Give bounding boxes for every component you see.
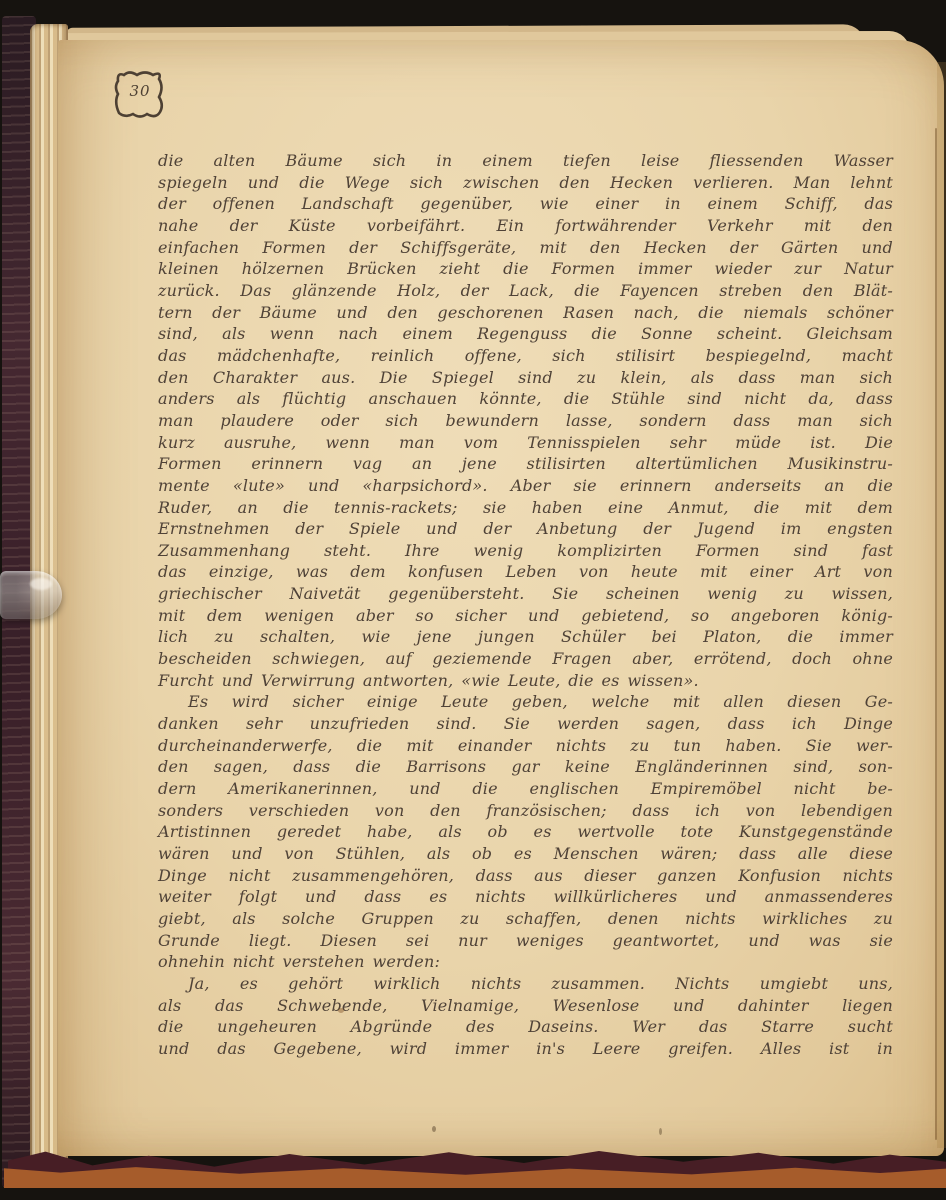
manuscript-line: tern der Bäume und den geschorenen Rasen…	[158, 302, 893, 324]
manuscript-line: ohnehin nicht verstehen werden:	[158, 951, 893, 973]
manuscript-line: man plaudere oder sich bewundern lasse, …	[158, 410, 893, 432]
scanned-manuscript-page: 30 die alten Bäume sich in einem tiefen …	[0, 0, 946, 1200]
manuscript-line: anders als flüchtig anschauen könnte, di…	[158, 388, 893, 410]
manuscript-line: den sagen, dass die Barrisons gar keine …	[158, 756, 893, 778]
page-number: 30	[112, 84, 168, 99]
manuscript-line: das mädchenhafte, reinlich offene, sich …	[158, 345, 893, 367]
manuscript-line: einfachen Formen der Schiffsgeräte, mit …	[158, 237, 893, 259]
right-page-edge	[937, 62, 946, 1148]
manuscript-line: Dinge nicht zusammengehören, dass aus di…	[158, 865, 893, 887]
right-page-crease	[935, 128, 937, 1140]
manuscript-line: weiter folgt und dass es nichts willkürl…	[158, 886, 893, 908]
paper-stain	[338, 1008, 344, 1013]
manuscript-line: nahe der Küste vorbeifährt. Ein fortwähr…	[158, 215, 893, 237]
manuscript-line: durcheinanderwerfe, die mit einander nic…	[158, 735, 893, 757]
manuscript-line: Formen erinnern vag an jene stilisirten …	[158, 453, 893, 475]
manuscript-line: den Charakter aus. Die Spiegel sind zu k…	[158, 367, 893, 389]
manuscript-line: kurz ausruhe, wenn man vom Tennisspielen…	[158, 432, 893, 454]
manuscript-line: Zusammenhang steht. Ihre wenig komplizir…	[158, 540, 893, 562]
manuscript-line: Furcht und Verwirrung antworten, «wie Le…	[158, 670, 893, 692]
manuscript-line: Ernstnehmen der Spiele und der Anbetung …	[158, 518, 893, 540]
manuscript-line: das einzige, was dem konfusen Leben von …	[158, 561, 893, 583]
paper-stain	[659, 1128, 662, 1135]
manuscript-line: Es wird sicher einige Leute geben, welch…	[158, 691, 893, 713]
manuscript-line: kleinen hölzernen Brücken zieht die Form…	[158, 258, 893, 280]
glass-page-weight	[0, 571, 62, 619]
manuscript-line: sonders verschieden von den französische…	[158, 800, 893, 822]
manuscript-line: zurück. Das glänzende Holz, der Lack, di…	[158, 280, 893, 302]
manuscript-line: sind, als wenn nach einem Regenguss die …	[158, 323, 893, 345]
manuscript-line: der offenen Landschaft gegenüber, wie ei…	[158, 193, 893, 215]
manuscript-line: die alten Bäume sich in einem tiefen lei…	[158, 150, 893, 172]
manuscript-line: und das Gegebene, wird immer in's Leere …	[158, 1038, 893, 1060]
manuscript-text: die alten Bäume sich in einem tiefen lei…	[158, 150, 893, 1060]
manuscript-line: Grunde liegt. Diesen sei nur weniges gea…	[158, 930, 893, 952]
manuscript-line: Ruder, an die tennis-rackets; sie haben …	[158, 497, 893, 519]
manuscript-line: giebt, als solche Gruppen zu schaffen, d…	[158, 908, 893, 930]
manuscript-line: mit dem wenigen aber so sicher und gebie…	[158, 605, 893, 627]
manuscript-line: griechischer Naivetät gegenübersteht. Si…	[158, 583, 893, 605]
manuscript-line: Ja, es gehört wirklich nichts zusammen. …	[158, 973, 893, 995]
manuscript-line: bescheiden schwiegen, auf geziemende Fra…	[158, 648, 893, 670]
paper-stain	[432, 1126, 436, 1132]
manuscript-line: Artistinnen geredet habe, als ob es wert…	[158, 821, 893, 843]
manuscript-line: mente «lute» und «harpsichord». Aber sie…	[158, 475, 893, 497]
manuscript-line: als das Schwebende, Vielnamige, Wesenlos…	[158, 995, 893, 1017]
page-number-box: 30	[112, 68, 168, 122]
manuscript-line: dern Amerikanerinnen, und die englischen…	[158, 778, 893, 800]
manuscript-line: lich zu schalten, wie jene jungen Schüle…	[158, 626, 893, 648]
manuscript-line: spiegeln und die Wege sich zwischen den …	[158, 172, 893, 194]
manuscript-line: die ungeheuren Abgründe des Daseins. Wer…	[158, 1016, 893, 1038]
manuscript-line: wären und von Stühlen, als ob es Mensche…	[158, 843, 893, 865]
manuscript-line: danken sehr unzufrieden sind. Sie werden…	[158, 713, 893, 735]
